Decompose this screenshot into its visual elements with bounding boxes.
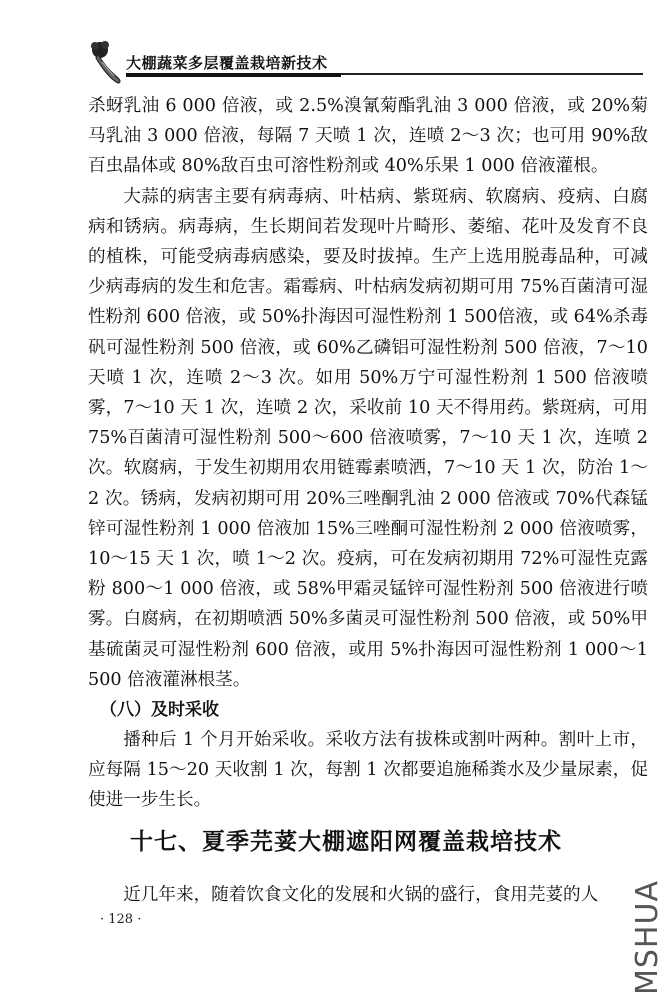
header-rule-thick (126, 73, 341, 77)
celery-vegetable-icon (88, 40, 128, 84)
paragraph-continued: 杀蚜乳油 6 000 倍液，或 2.5%溴氰菊酯乳油 3 000 倍液，或 20… (88, 91, 648, 182)
running-header: 大棚蔬菜多层覆盖栽培新技术 (88, 40, 643, 80)
watermark: MSHUA (630, 880, 665, 995)
page-number: · 128 · (100, 912, 141, 927)
running-header-title: 大棚蔬菜多层覆盖栽培新技术 (126, 52, 328, 73)
page-body: 杀蚜乳油 6 000 倍液，或 2.5%溴氰菊酯乳油 3 000 倍液，或 20… (88, 91, 648, 816)
paragraph-garlic-diseases: 大蒜的病害主要有病毒病、叶枯病、紫斑病、软腐病、疫病、白腐病和锈病。病毒病，生长… (88, 182, 648, 695)
chapter-paragraph: 近几年来，随着饮食文化的发展和火锅的盛行，食用芫荽的人 (88, 880, 648, 910)
chapter-heading: 十七、夏季芫荽大棚遮阳网覆盖栽培技术 (130, 823, 562, 856)
subsection-paragraph: 播种后 1 个月开始采收。采收方法有拔株或割叶两种。割叶上市，应每隔 15～20… (88, 725, 648, 816)
subsection-heading: （八）及时采收 (88, 695, 648, 725)
